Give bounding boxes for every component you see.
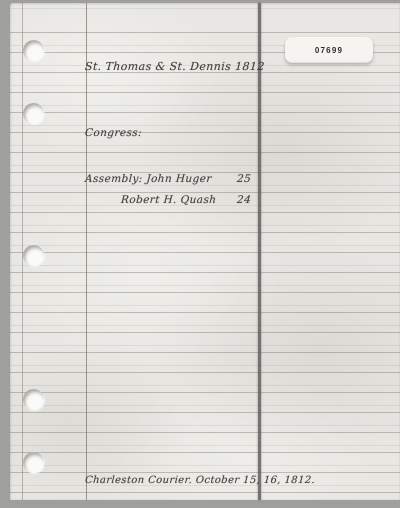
assembly-label: Assembly: xyxy=(85,173,144,185)
catalog-number: 07699 xyxy=(315,46,343,55)
vote-count: 25 xyxy=(237,173,252,185)
source-citation: Charleston Courier. October 15, 16, 1812… xyxy=(85,475,316,486)
assembly-result-row: Assembly: John Huger 25 xyxy=(85,173,264,185)
punch-hole xyxy=(23,389,44,410)
punch-hole xyxy=(23,103,44,124)
punch-hole xyxy=(23,452,44,473)
margin-rule-line xyxy=(86,3,87,500)
vote-count: 24 xyxy=(237,194,252,206)
section-heading: Congress: xyxy=(85,127,143,139)
assembly-result-row: Robert H. Quash 24 xyxy=(85,194,264,206)
scanner-background: 07699 St. Thomas & St. Dennis 1812 Congr… xyxy=(0,0,400,508)
punch-hole xyxy=(23,245,44,266)
candidate-name: Robert H. Quash xyxy=(121,194,217,206)
binding-shadow-line xyxy=(258,3,261,500)
catalog-label-sticker: 07699 xyxy=(285,37,373,63)
notebook-page: 07699 St. Thomas & St. Dennis 1812 Congr… xyxy=(10,3,400,500)
page-title: St. Thomas & St. Dennis 1812 xyxy=(85,60,266,73)
candidate-name: John Huger xyxy=(146,173,212,185)
punch-hole xyxy=(23,40,44,61)
